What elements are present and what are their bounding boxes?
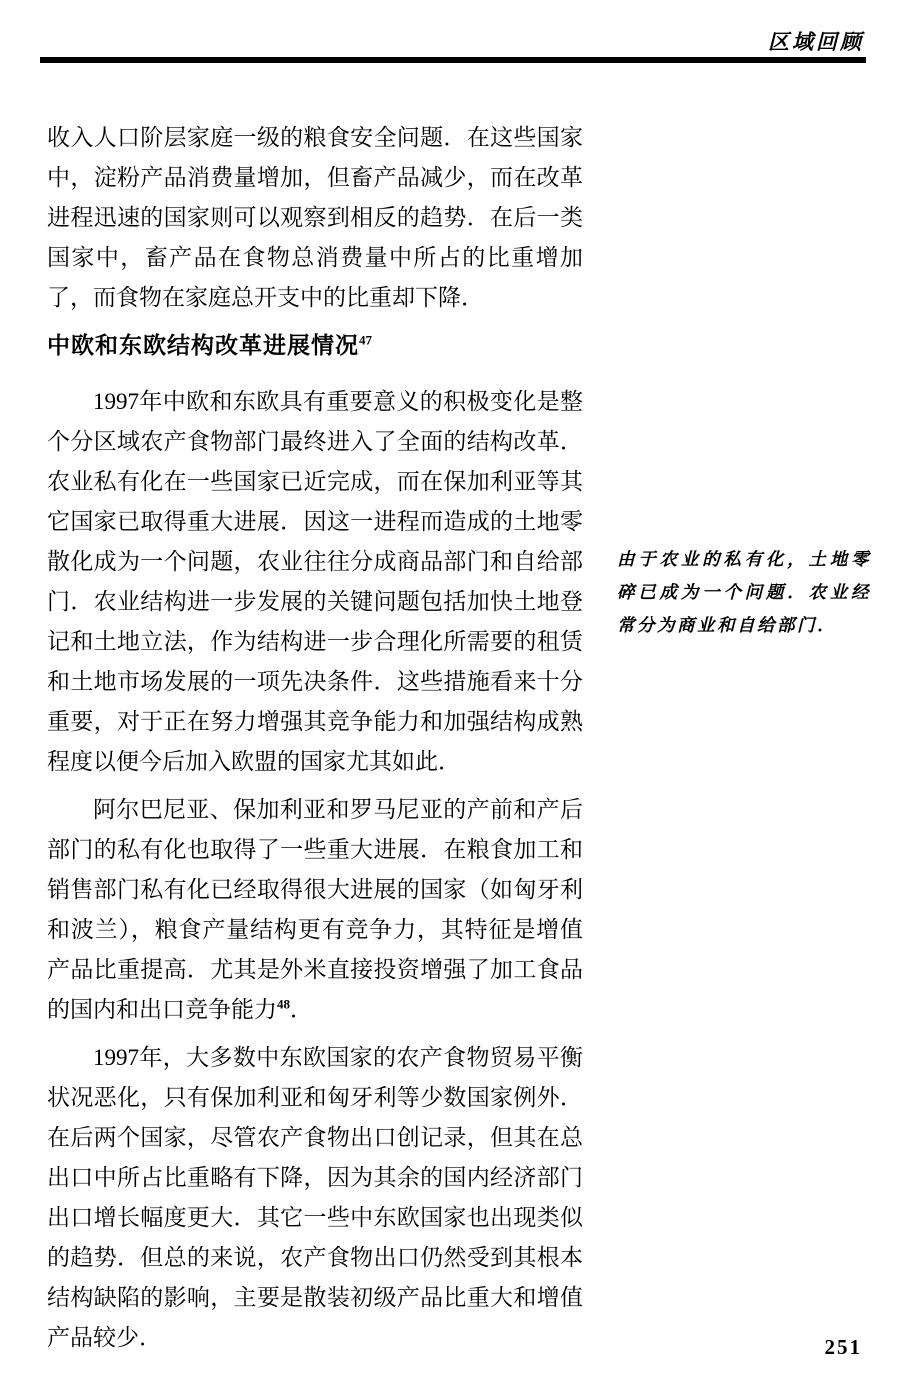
section-heading-text: 中欧和东欧结构改革进展情况 — [47, 333, 359, 358]
margin-note: 由于农业的私有化，土地零碎已成为一个问题．农业经常分为商业和自给部门． — [617, 543, 871, 642]
footnote-ref-48: 48 — [277, 996, 290, 1011]
page-number: 251 — [825, 1335, 863, 1360]
paragraph-continuation: 收入人口阶层家庭一级的粮食安全问题．在这些国家中，淀粉产品消费量增加，但畜产品减… — [47, 118, 583, 318]
paragraph-text: 阿尔巴尼亚、保加利亚和罗马尼亚的产前和产后部门的私有化也取得了一些重大进展．在粮… — [47, 797, 583, 1022]
footnote-ref-47: 47 — [359, 332, 372, 347]
header-rule — [40, 57, 866, 63]
body-text-column: 收入人口阶层家庭一级的粮食安全问题．在这些国家中，淀粉产品消费量增加，但畜产品减… — [47, 118, 583, 1366]
paragraph-text-tail: ． — [290, 997, 313, 1022]
paragraph: 1997年中欧和东欧具有重要意义的积极变化是整个分区域农产食物部门最终进入了全面… — [47, 382, 583, 782]
running-head: 区域回顾 — [768, 26, 864, 56]
paragraph: 阿尔巴尼亚、保加利亚和罗马尼亚的产前和产后部门的私有化也取得了一些重大进展．在粮… — [47, 790, 583, 1030]
document-page: 区域回顾 收入人口阶层家庭一级的粮食安全问题．在这些国家中，淀粉产品消费量增加，… — [0, 0, 900, 1400]
section-heading: 中欧和东欧结构改革进展情况47 — [47, 326, 583, 366]
paragraph: 1997年，大多数中东欧国家的农产食物贸易平衡状况恶化，只有保加利亚和匈牙利等少… — [47, 1038, 583, 1358]
